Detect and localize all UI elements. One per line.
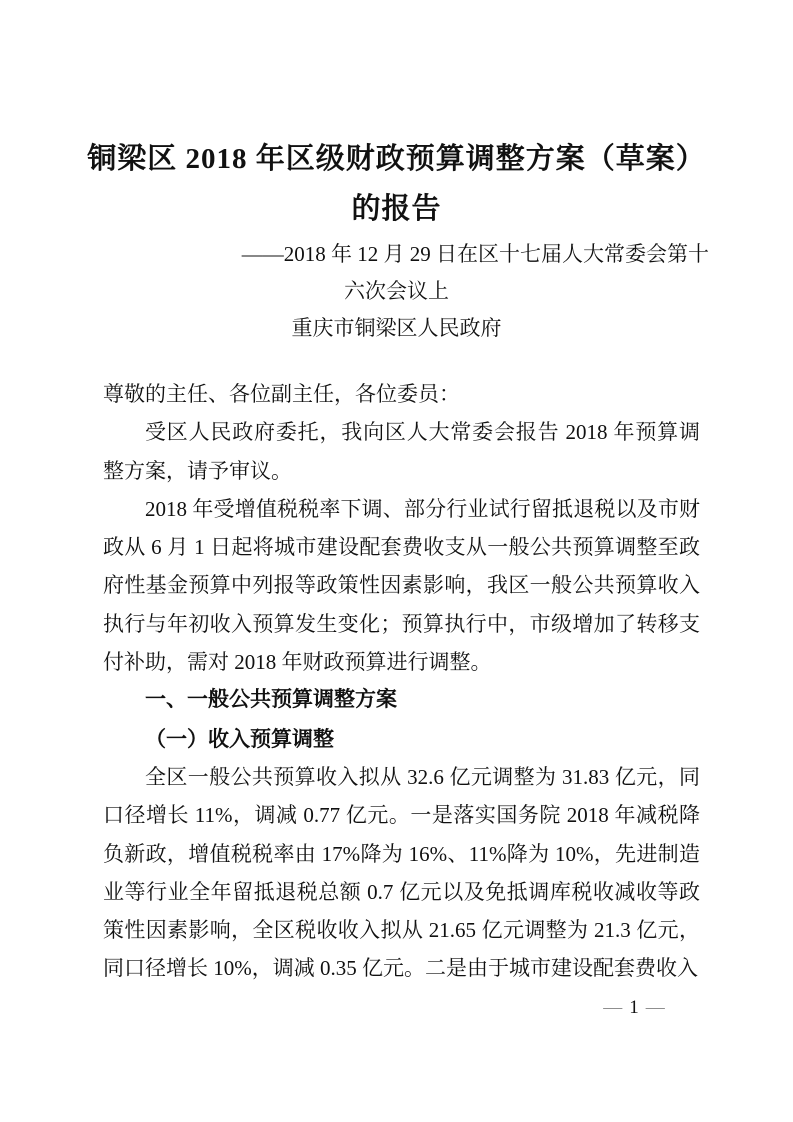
page-number: 1 (629, 997, 639, 1018)
document-subtitle: ——2018 年 12 月 29 日在区十七届人大常委会第十 六次会议上 (0, 236, 793, 310)
subsection-heading-revenue-adjustment: （一）收入预算调整 (103, 720, 700, 758)
page-footer: —1— (560, 995, 708, 1021)
document-page: 铜梁区 2018 年区级财政预算调整方案（草案） 的报告 ——2018 年 12… (0, 0, 793, 1122)
subtitle-line-1: ——2018 年 12 月 29 日在区十七届人大常委会第十 (0, 236, 793, 273)
issuing-agency: 重庆市铜梁区人民政府 (0, 310, 793, 347)
paragraph-3: 全区一般公共预算收入拟从 32.6 亿元调整为 31.83 亿元，同口径增长 1… (103, 758, 700, 988)
salutation: 尊敬的主任、各位副主任，各位委员： (103, 375, 700, 413)
subtitle-line-2: 六次会议上 (0, 273, 793, 310)
page-number-dash-right: — (646, 997, 665, 1018)
paragraph-1: 受区人民政府委托，我向区人大常委会报告 2018 年预算调整方案，请予审议。 (103, 413, 700, 490)
document-header: 铜梁区 2018 年区级财政预算调整方案（草案） 的报告 ——2018 年 12… (0, 0, 793, 347)
section-heading-general-public-budget: 一、一般公共预算调整方案 (103, 681, 700, 719)
document-body: 尊敬的主任、各位副主任，各位委员： 受区人民政府委托，我向区人大常委会报告 20… (0, 375, 793, 988)
title-line-1: 铜梁区 2018 年区级财政预算调整方案（草案） (0, 134, 793, 184)
title-line-2: 的报告 (0, 184, 793, 234)
page-number-dash-left: — (603, 997, 622, 1018)
document-title: 铜梁区 2018 年区级财政预算调整方案（草案） 的报告 (0, 134, 793, 234)
paragraph-2: 2018 年受增值税税率下调、部分行业试行留抵退税以及市财政从 6 月 1 日起… (103, 490, 700, 681)
